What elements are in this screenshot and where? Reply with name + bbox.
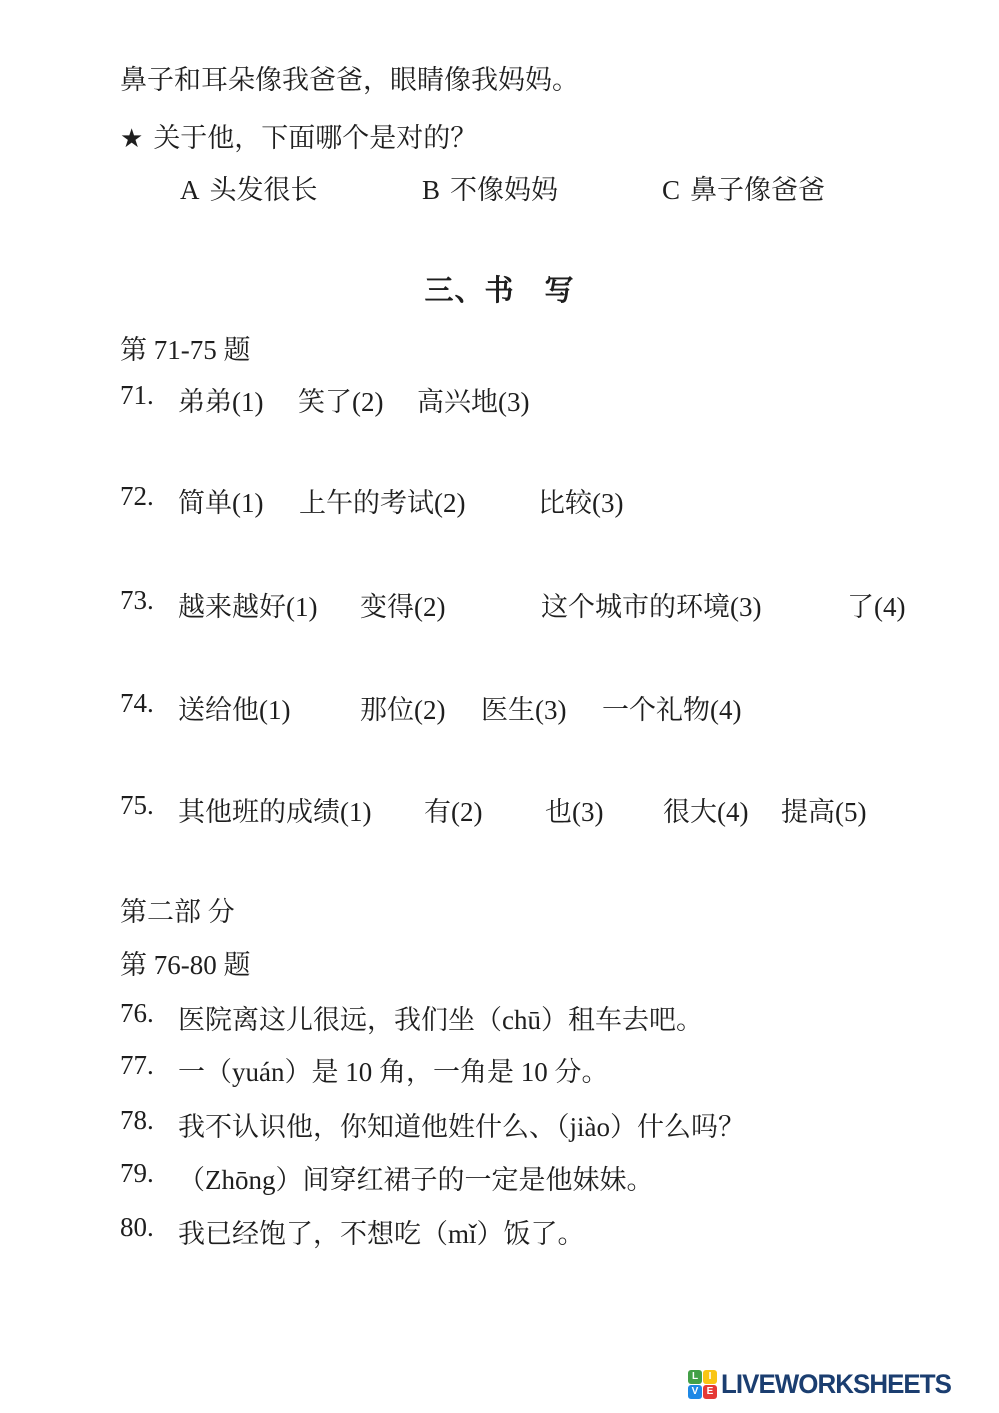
section-heading-text: 三、书 写 (424, 275, 574, 307)
reading-line: 鼻子和耳朵像我爸爸，眼睛像我妈妈。 (120, 58, 579, 97)
option-a[interactable]: A头发很长 (180, 168, 318, 207)
star-question-text: 关于他，下面哪个是对的？ (153, 123, 477, 153)
question-row-73: 73. 越来越好(1) 变得(2) 这个城市的环境(3) 了(4) (0, 585, 999, 621)
question-segment: 也(3) (545, 790, 603, 829)
question-segment: 这个城市的环境(3) (541, 585, 761, 624)
liveworksheets-logo[interactable]: L I V E LIVEWORKSHEETS (688, 1368, 961, 1400)
question-segment: 了(4) (847, 585, 905, 624)
option-c-label: C (662, 175, 680, 205)
option-b[interactable]: B不像妈妈 (422, 168, 558, 207)
question-sentence: 一（yuán）是 10 角，一角是 10 分。 (178, 1050, 608, 1089)
question-number: 75. (120, 790, 154, 821)
question-number: 76. (120, 998, 154, 1029)
star-question: ★关于他，下面哪个是对的？ (120, 116, 477, 155)
question-number: 73. (120, 585, 154, 616)
question-segment: 比较(3) (538, 481, 623, 520)
question-segment: 有(2) (424, 790, 482, 829)
part1-range-row: 第 71-75 题 (0, 328, 999, 364)
logo-tile-e: E (703, 1385, 717, 1399)
question-row-72: 72. 简单(1) 上午的考试(2) 比较(3) (0, 481, 999, 517)
question-segment: 笑了(2) (298, 380, 383, 419)
option-a-text: 头发很长 (210, 175, 318, 205)
question-row-71: 71. 弟弟(1) 笑了(2) 高兴地(3) (0, 380, 999, 416)
question-number: 80. (120, 1212, 154, 1243)
question-row-78: 78. 我不认识他，你知道他姓什么、（jiào）什么吗？ (0, 1105, 999, 1141)
question-row-80: 80. 我已经饱了，不想吃（mǐ）饭了。 (0, 1212, 999, 1248)
section-heading: 三、书 写 (0, 268, 999, 309)
option-b-text: 不像妈妈 (450, 175, 558, 205)
question-segment: 弟弟(1) (178, 380, 263, 419)
question-segment: 那位(2) (360, 688, 445, 727)
reading-line-row: 鼻子和耳朵像我爸爸，眼睛像我妈妈。 (0, 58, 999, 94)
question-segment: 提高(5) (781, 790, 866, 829)
liveworksheets-logo-icon: L I V E (688, 1370, 717, 1399)
question-segment: 简单(1) (178, 481, 263, 520)
option-a-label: A (180, 175, 200, 205)
question-row-74: 74. 送给他(1) 那位(2) 医生(3) 一个礼物(4) (0, 688, 999, 724)
question-number: 78. (120, 1105, 154, 1136)
part2-title-row: 第二部 分 (0, 890, 999, 926)
question-number: 74. (120, 688, 154, 719)
part2-range-label: 第 76-80 题 (120, 943, 251, 982)
question-row-76: 76. 医院离这儿很远，我们坐（chū）租车去吧。 (0, 998, 999, 1034)
option-b-label: B (422, 175, 440, 205)
question-segment: 医生(3) (481, 688, 566, 727)
logo-tile-v: V (688, 1385, 702, 1399)
question-segment: 其他班的成绩(1) (178, 790, 371, 829)
logo-tile-i: I (703, 1370, 717, 1384)
question-segment: 越来越好(1) (178, 585, 317, 624)
star-icon: ★ (120, 124, 143, 154)
question-sentence: 我不认识他，你知道他姓什么、（jiào）什么吗？ (178, 1105, 745, 1144)
option-c[interactable]: C鼻子像爸爸 (662, 168, 825, 207)
options-row: A头发很长 B不像妈妈 C鼻子像爸爸 (0, 168, 999, 204)
option-c-text: 鼻子像爸爸 (690, 175, 825, 205)
question-segment: 送给他(1) (178, 688, 290, 727)
question-segment: 很大(4) (663, 790, 748, 829)
question-sentence: （Zhōng）间穿红裙子的一定是他妹妹。 (178, 1158, 654, 1197)
question-number: 72. (120, 481, 154, 512)
question-segment: 一个礼物(4) (602, 688, 741, 727)
worksheet-page: 鼻子和耳朵像我爸爸，眼睛像我妈妈。 ★关于他，下面哪个是对的？ A头发很长 B不… (0, 0, 999, 1413)
question-sentence: 医院离这儿很远，我们坐（chū）租车去吧。 (178, 998, 703, 1037)
star-question-row: ★关于他，下面哪个是对的？ (0, 116, 999, 152)
question-number: 79. (120, 1158, 154, 1189)
question-number: 71. (120, 380, 154, 411)
liveworksheets-logo-text: LIVEWORKSHEETS (721, 1369, 951, 1400)
question-row-75: 75. 其他班的成绩(1) 有(2) 也(3) 很大(4) 提高(5) (0, 790, 999, 826)
question-row-77: 77. 一（yuán）是 10 角，一角是 10 分。 (0, 1050, 999, 1086)
question-segment: 高兴地(3) (417, 380, 529, 419)
logo-tile-l: L (688, 1370, 702, 1384)
part2-title: 第二部 分 (120, 890, 235, 929)
part2-range-row: 第 76-80 题 (0, 943, 999, 979)
question-segment: 变得(2) (360, 585, 445, 624)
part1-range-label: 第 71-75 题 (120, 328, 251, 367)
question-row-79: 79. （Zhōng）间穿红裙子的一定是他妹妹。 (0, 1158, 999, 1194)
question-segment: 上午的考试(2) (299, 481, 465, 520)
question-sentence: 我已经饱了，不想吃（mǐ）饭了。 (178, 1212, 585, 1251)
question-number: 77. (120, 1050, 154, 1081)
